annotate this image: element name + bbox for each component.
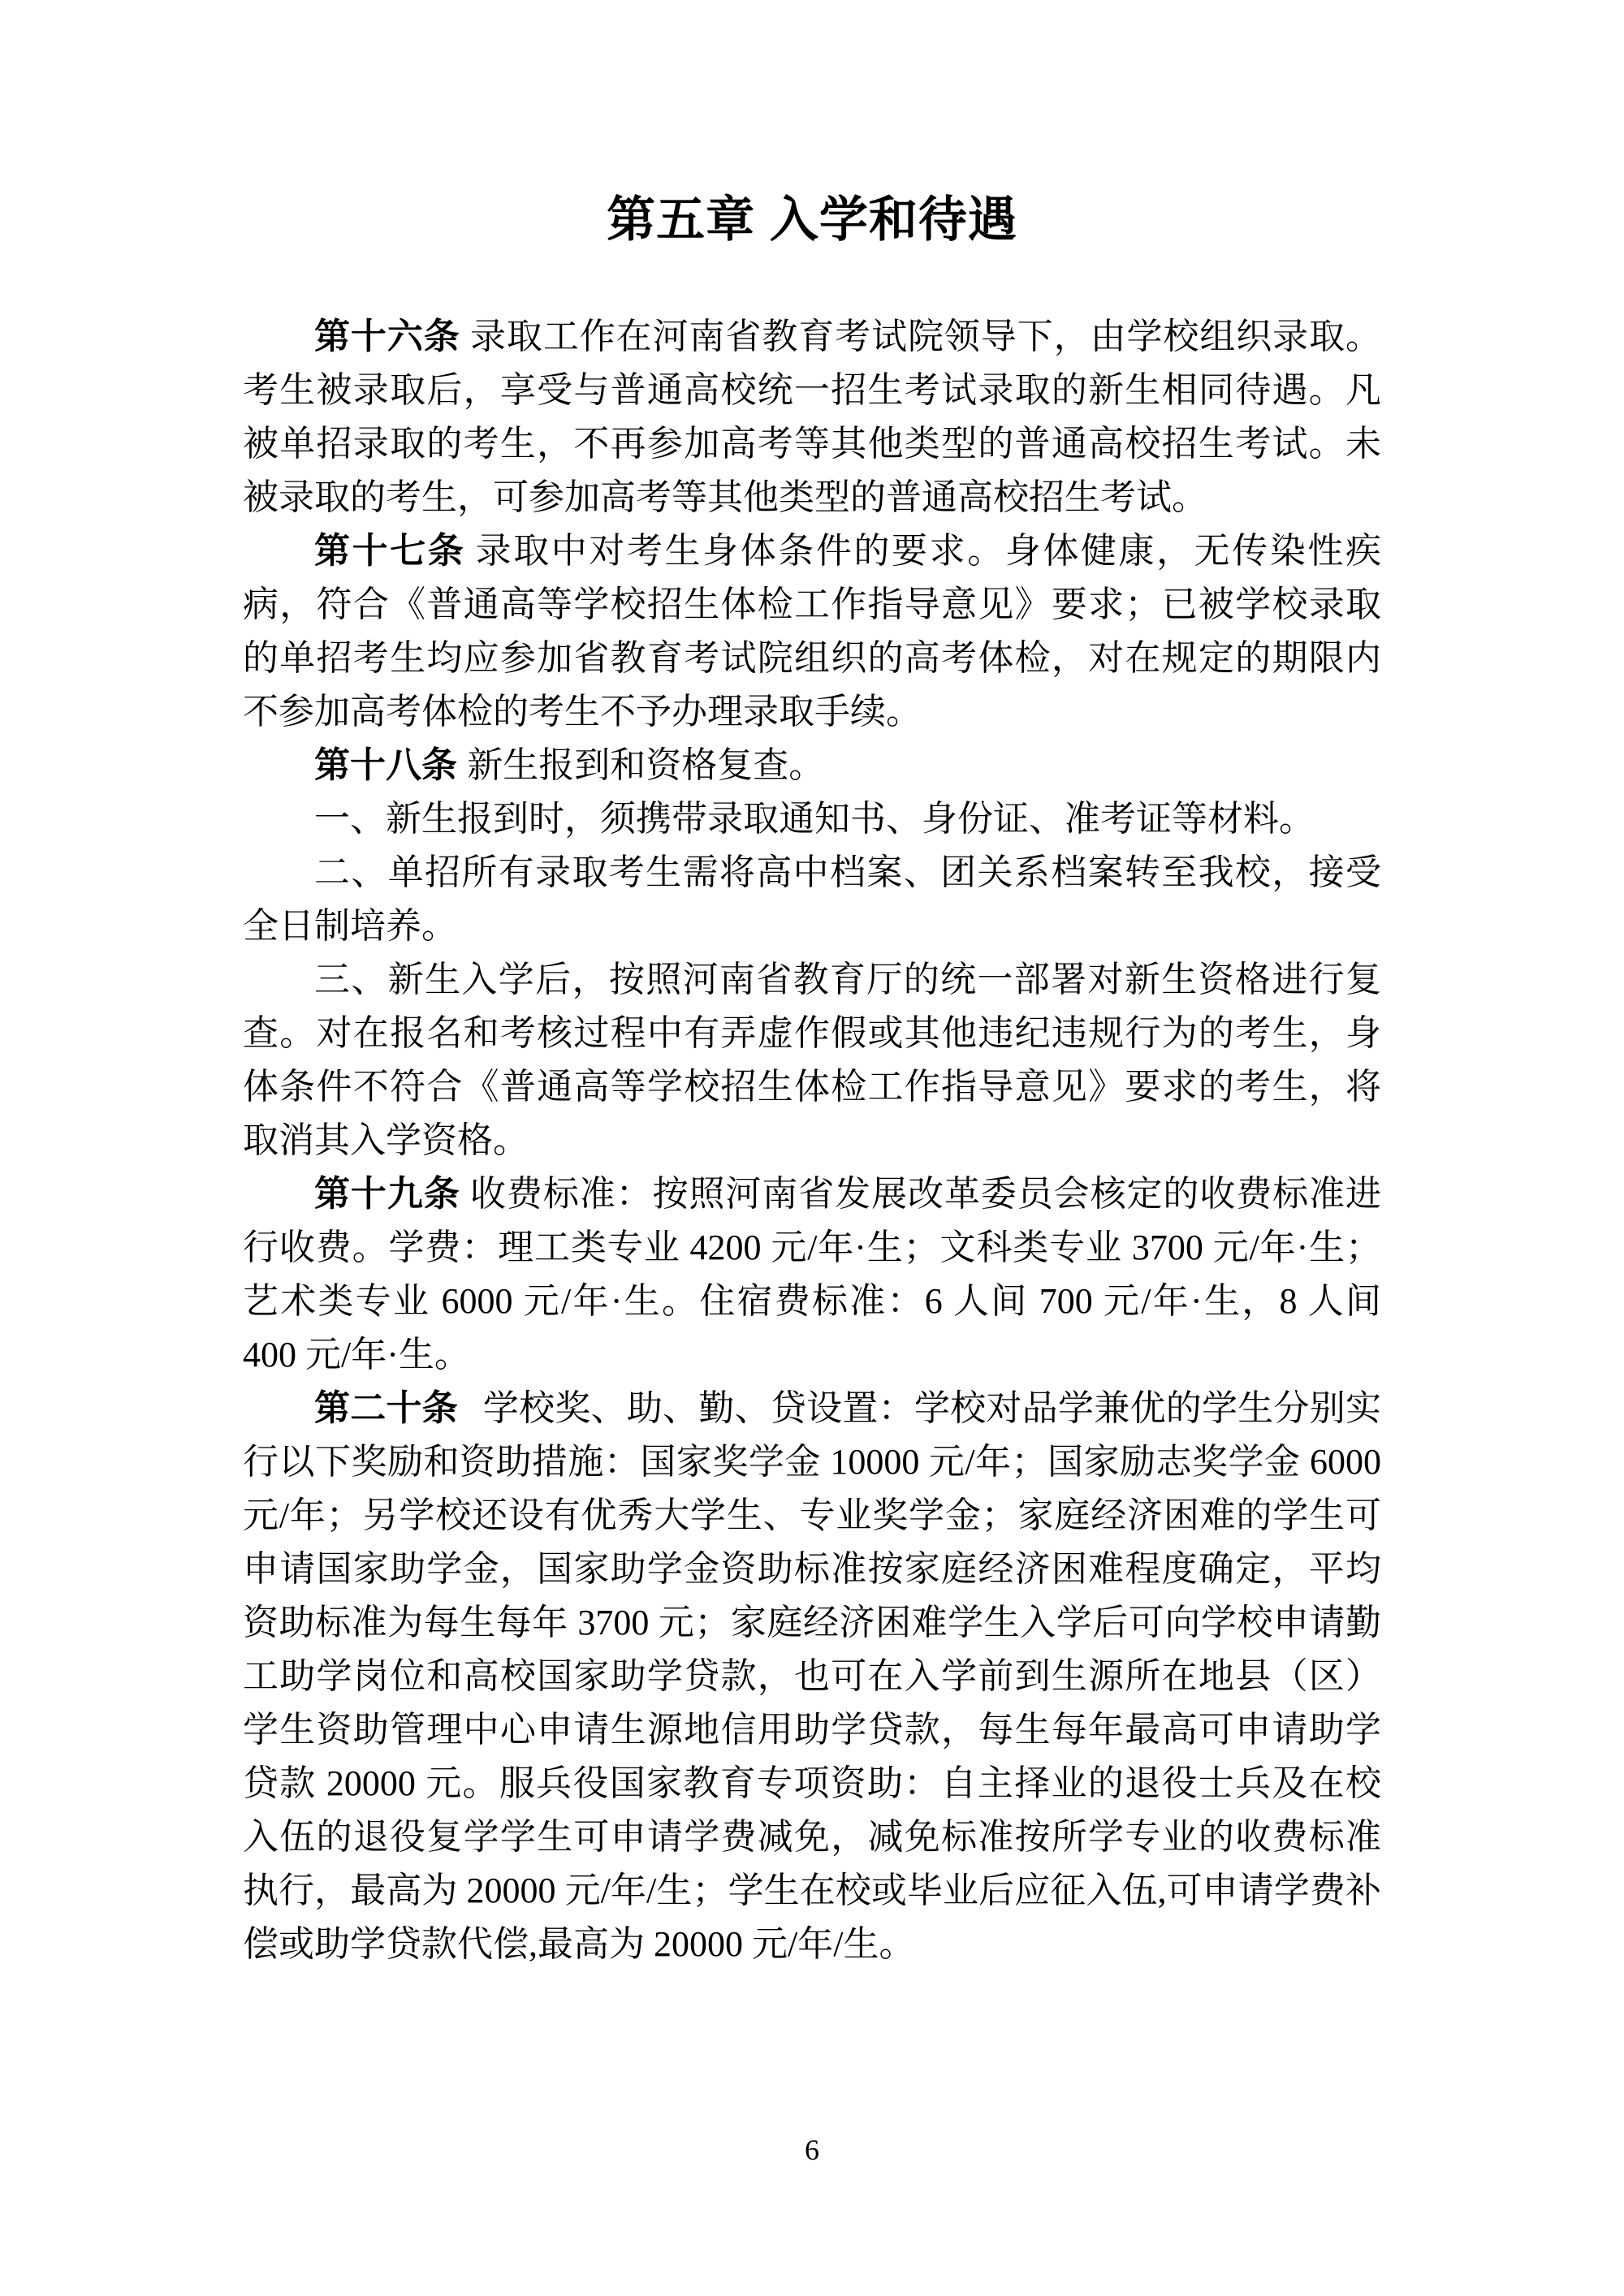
paragraph-article-18: 第十八条新生报到和资格复查。 [243,739,1381,792]
paragraph-article-17: 第十七条录取中对考生身体条件的要求。身体健康，无传染性疾病，符合《普通高等学校招… [243,524,1381,739]
paragraph-article-20: 第二十条学校奖、助、勤、贷设置：学校对品学兼优的学生分别实行以下奖励和资助措施：… [243,1382,1381,1971]
chapter-title: 第五章 入学和待遇 [0,195,1624,245]
paragraph-article-19: 第十九条收费标准：按照河南省发展改革委员会核定的收费标准进行收费。学费：理工类专… [243,1167,1381,1382]
list-item-2: 二、单招所有录取考生需将高中档案、团关系档案转至我校，接受全日制培养。 [243,846,1381,953]
document-page: 第五章 入学和待遇 第十六条录取工作在河南省教育考试院领导下，由学校组织录取。考… [0,0,1624,2296]
article-19-label: 第十九条 [314,1174,460,1214]
document-body: 第十六条录取工作在河南省教育考试院领导下，由学校组织录取。考生被录取后，享受与普… [243,310,1381,1971]
list-item-1-text: 一、新生报到时，须携带录取通知书、身份证、准考证等材料。 [314,799,1315,839]
list-item-1: 一、新生报到时，须携带录取通知书、身份证、准考证等材料。 [243,792,1381,846]
list-item-3-text: 三、新生入学后，按照河南省教育厅的统一部署对新生资格进行复查。对在报名和考核过程… [243,960,1381,1160]
article-18-text: 新生报到和资格复查。 [467,745,824,785]
list-item-3: 三、新生入学后，按照河南省教育厅的统一部署对新生资格进行复查。对在报名和考核过程… [243,953,1381,1167]
article-18-label: 第十八条 [314,745,457,785]
article-20-text: 学校奖、助、勤、贷设置：学校对品学兼优的学生分别实行以下奖励和资助措施：国家奖学… [243,1388,1381,1964]
paragraph-article-16: 第十六条录取工作在河南省教育考试院领导下，由学校组织录取。考生被录取后，享受与普… [243,310,1381,524]
page-number: 6 [0,2134,1624,2166]
list-item-2-text: 二、单招所有录取考生需将高中档案、团关系档案转至我校，接受全日制培养。 [243,852,1381,946]
article-20-label: 第二十条 [314,1388,458,1428]
article-17-label: 第十七条 [314,531,465,571]
article-16-label: 第十六条 [314,317,460,356]
